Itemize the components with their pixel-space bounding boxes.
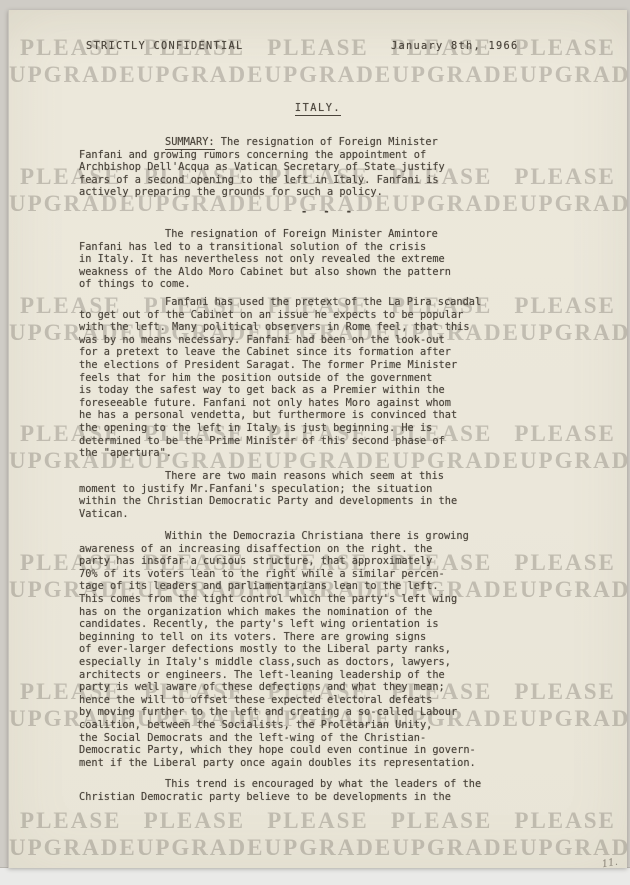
document-body: SUMMARY: The resignation of Foreign Mini… bbox=[9, 10, 627, 868]
body-paragraph-5: This trend is encouraged by what the lea… bbox=[79, 778, 619, 803]
body-paragraph-2: Fanfani has used the pretext of the La P… bbox=[79, 296, 619, 460]
document-content: STRICTLY CONFIDENTIAL January 8th, 1966 … bbox=[9, 10, 627, 868]
scan-background-bottom bbox=[0, 867, 630, 885]
scanned-document-page: PLEASEPLEASEPLEASEPLEASEPLEASEUPGRADEUPG… bbox=[0, 0, 630, 885]
body-paragraph-3: There are two main reasons which seem at… bbox=[79, 470, 619, 520]
summary-label: SUMMARY: bbox=[165, 136, 215, 150]
summary-paragraph: SUMMARY: The resignation of Foreign Mini… bbox=[79, 136, 619, 199]
body-paragraph-1: The resignation of Foreign Minister Amin… bbox=[79, 228, 619, 291]
body-paragraph-4: Within the Democrazia Christiana there i… bbox=[79, 530, 619, 769]
paper: PLEASEPLEASEPLEASEPLEASEPLEASEUPGRADEUPG… bbox=[8, 10, 627, 868]
